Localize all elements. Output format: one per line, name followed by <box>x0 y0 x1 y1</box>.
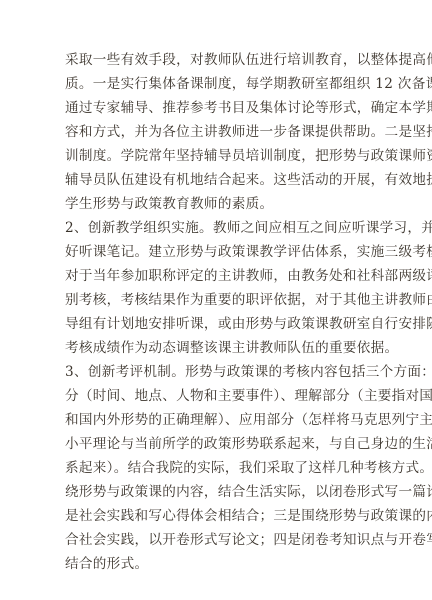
text-line: 分（时间、地点、人物和主要事件）、理解部分（主要指对国家政策 <box>65 384 375 408</box>
document-page: 采取一些有效手段，对教师队伍进行培训教育，以整体提高他们的素 质。一是实行集体备… <box>0 0 432 600</box>
text-line: 对于当年参加职称评定的主讲教师，由教务处和社科部两级评估组分 <box>65 264 375 288</box>
text-line: 绕形势与政策课的内容，结合生活实际，以闭卷形式写一篇论文；二 <box>65 480 375 504</box>
text-line: 别考核，考核结果作为重要的职评依据，对于其他主讲教师由教学督 <box>65 288 375 312</box>
text-line: 容和方式，并为各位主讲教师进一步备课提供帮助。二是坚持集中培 <box>65 120 375 144</box>
text-line: 好听课笔记。建立形势与政策课教学评估体系，实施三级考核制度： <box>65 240 375 264</box>
text-line: 训制度。学院常年坚持辅导员培训制度，把形势与政策课师资培训和 <box>65 144 375 168</box>
text-line: 辅导员队伍建设有机地结合起来。这些活动的开展，有效地提高了大 <box>65 168 375 192</box>
section-2-heading-line: 2、创新教学组织实施。教师之间应相互之间应听课学习，并认真做 <box>65 216 375 240</box>
text-line: 质。一是实行集体备课制度，每学期教研室都组织 12 次备课活动； <box>65 72 375 96</box>
text-line: 是社会实践和写心得体会相结合；三是围绕形势与政策课的内容，结 <box>65 504 375 528</box>
text-line: 导组有计划地安排听课，或由形势与政策课教研室自行安排随机抽查， <box>65 312 375 336</box>
text-line: 合社会实践，以开卷形式写论文；四是闭卷考知识点与开卷写论文相 <box>65 528 375 552</box>
text-line: 结合的形式。 <box>65 552 375 576</box>
text-line: 通过专家辅导、推荐参考书目及集体讨论等形式，确定本学期授课内 <box>65 96 375 120</box>
text-line: 小平理论与当前所学的政策形势联系起来，与自己身边的生活变化联 <box>65 432 375 456</box>
text-line: 系起来）。结合我院的实际，我们采取了这样几种考核方式。一是围 <box>65 456 375 480</box>
text-line: 考核成绩作为动态调整该课主讲教师队伍的重要依据。 <box>65 336 375 360</box>
body-text: 采取一些有效手段，对教师队伍进行培训教育，以整体提高他们的素 质。一是实行集体备… <box>65 48 375 576</box>
text-line: 学生形势与政策教育教师的素质。 <box>65 192 375 216</box>
text-line: 和国内外形势的正确理解）、应用部分（怎样将马克思列宁主义、邓 <box>65 408 375 432</box>
section-3-heading-line: 3、创新考评机制。形势与政策课的考核内容包括三个方面：识记部 <box>65 360 375 384</box>
text-line: 采取一些有效手段，对教师队伍进行培训教育，以整体提高他们的素 <box>65 48 375 72</box>
